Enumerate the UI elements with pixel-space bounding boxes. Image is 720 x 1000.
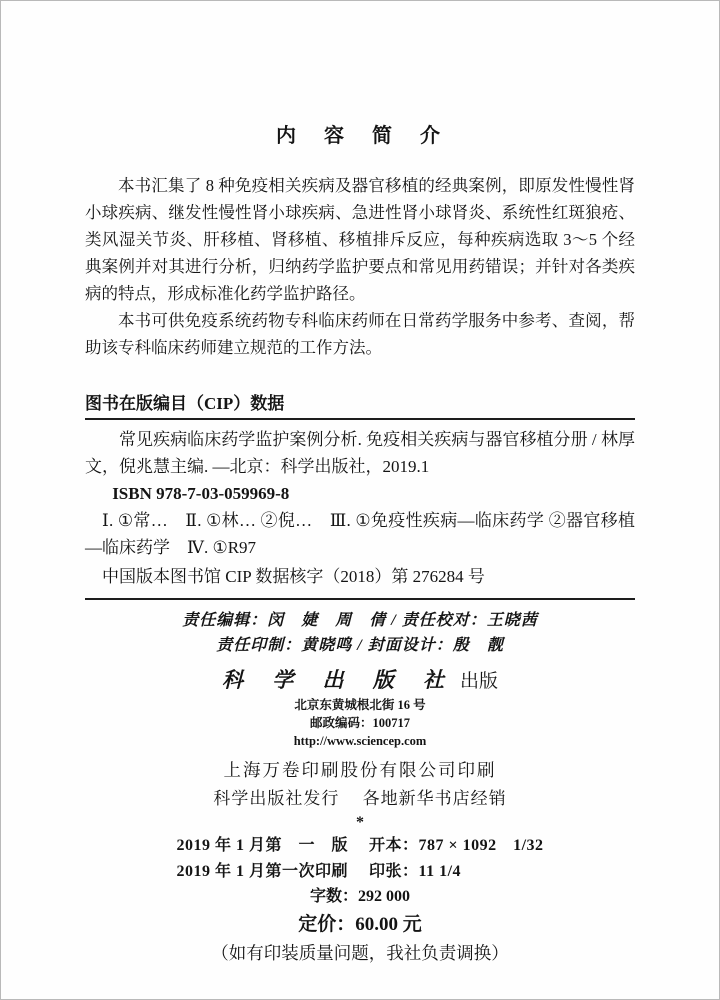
exchange-note: （如有印装质量问题，我社负责调换） — [85, 940, 635, 966]
edition-line: 2019 年 1 月第 一 版 开本：787 × 1092 1/32 — [176, 833, 543, 859]
divider-bottom — [85, 598, 635, 600]
page-title: 内 容 简 介 — [85, 119, 635, 148]
publisher-address: 北京东黄城根北街 16 号 — [85, 696, 635, 714]
cip-classification: Ⅰ. ①常… Ⅱ. ①林… ②倪… Ⅲ. ①免疫性疾病—临床药学 ②器官移植—临… — [85, 507, 635, 561]
publisher-line: 科 学 出 版 社出版 — [85, 664, 635, 694]
colophon: 责任编辑：闵 婕 周 倩 / 责任校对：王晓茜 责任印制：黄晓鸣 / 封面设计：… — [85, 608, 635, 966]
cip-isbn: ISBN 978-7-03-059969-8 — [85, 480, 635, 507]
publisher-website: http://www.sciencep.com — [85, 732, 635, 750]
cip-section: 图书在版编目（CIP）数据 常见疾病临床药学监护案例分析. 免疫相关疾病与器官移… — [85, 389, 635, 600]
separator-star: * — [85, 815, 635, 831]
cip-description: 常见疾病临床药学监护案例分析. 免疫相关疾病与器官移植分册 / 林厚文，倪兆慧主… — [85, 426, 635, 480]
cip-record-number: 中国版本图书馆 CIP 数据核字（2018）第 276284 号 — [85, 563, 635, 590]
book-copyright-page: 内 容 简 介 本书汇集了 8 种免疫相关疾病及器官移植的经典案例，即原发性慢性… — [0, 0, 720, 1000]
divider-top — [85, 418, 635, 420]
printing-line: 2019 年 1 月第一次印刷 印张：11 1/4 — [176, 859, 543, 885]
cip-header: 图书在版编目（CIP）数据 — [85, 389, 635, 414]
intro-paragraph-1: 本书汇集了 8 种免疫相关疾病及器官移植的经典案例，即原发性慢性肾小球疾病、继发… — [85, 172, 635, 307]
distribution-line: 科学出版社发行 各地新华书店经销 — [85, 784, 635, 809]
intro-paragraph-2: 本书可供免疫系统药物专科临床药师在日常药学服务中参考、查阅，帮助该专科临床药师建… — [85, 307, 635, 361]
postal-code: 邮政编码：100717 — [85, 714, 635, 732]
edition-block: 2019 年 1 月第 一 版 开本：787 × 1092 1/32 2019 … — [176, 833, 543, 885]
content-summary: 本书汇集了 8 种免疫相关疾病及器官移植的经典案例，即原发性慢性肾小球疾病、继发… — [85, 172, 635, 361]
word-count-line: 字数：292 000 — [85, 885, 635, 909]
publisher-logo-text: 科 学 出 版 社 — [222, 668, 456, 692]
editors-line: 责任编辑：闵 婕 周 倩 / 责任校对：王晓茜 — [85, 608, 635, 633]
printer-line: 上海万卷印刷股份有限公司印刷 — [85, 757, 635, 782]
print-design-line: 责任印制：黄晓鸣 / 封面设计：殷 靓 — [85, 633, 635, 658]
price-line: 定价：60.00 元 — [85, 912, 635, 938]
cip-body: 常见疾病临床药学监护案例分析. 免疫相关疾病与器官移植分册 / 林厚文，倪兆慧主… — [85, 426, 635, 590]
publisher-suffix: 出版 — [460, 671, 498, 692]
page-content: 内 容 简 介 本书汇集了 8 种免疫相关疾病及器官移植的经典案例，即原发性慢性… — [1, 1, 719, 966]
